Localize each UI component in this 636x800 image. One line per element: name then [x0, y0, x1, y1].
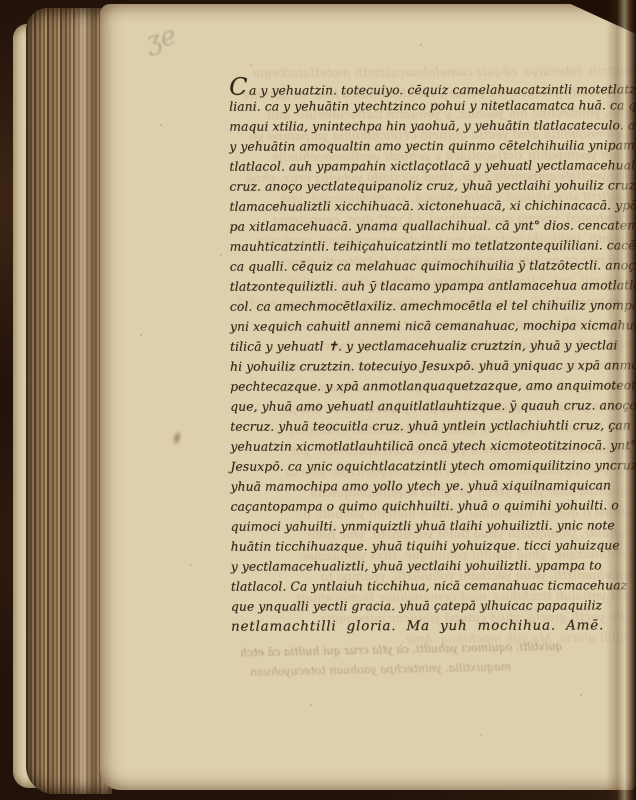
- folio-mark: ʒe: [142, 20, 179, 57]
- text-line: col. ca amechmocētlaxiliz. amechmocētla …: [230, 295, 636, 316]
- text-line: liani. ca y yehuātin ytechtzinco pohui y…: [229, 95, 635, 116]
- text-line: que ynqualli yectli gracia. yhuā çatepā …: [231, 595, 636, 616]
- text-line: netlamachtilli gloria. Ma yuh mochihua. …: [231, 615, 636, 636]
- text-line: tecruz. yhuā teocuitla cruz. yhuā yntlei…: [230, 415, 636, 436]
- text-line: cruz. anoço yectlatequipanoliz cruz, yhu…: [229, 175, 635, 196]
- text-line: hi yohuiliz cruztzin. totecuiyo Jesuxpō.…: [230, 355, 636, 376]
- text-line: tlatlacol. auh ypampahin xictlaçotlacā y…: [229, 155, 635, 176]
- showthrough-line: quixtilti. oquimoci yahuilti. ca ytla cr…: [240, 639, 563, 662]
- text-line: mauhticatzintli. teihiçahuicatzintli mo …: [230, 235, 636, 256]
- text-line: tlatzontequiliztli. auh ȳ tlacamo ypampa…: [230, 275, 636, 296]
- text-line: tilicā y yehuatl ✝. y yectlamacehualiz c…: [230, 335, 636, 356]
- text-line: tlamacehualiztli xicchihuacā. xictonehua…: [229, 195, 635, 216]
- text-line: maqui xtilia, ynintechpa hin yaohuā, y y…: [229, 115, 635, 136]
- manuscript-photo: ʒe Ca y yehuatzin. totecuiyo. cēquiz cam…: [0, 0, 636, 800]
- showthrough-line: maquixtilia. ynintechpa yaohuan totecuyo…: [250, 659, 511, 680]
- text-line: que, yhuā amo yehuatl anquitlatlauhtizqu…: [230, 395, 636, 416]
- text-line: pechtecazque. y xpā anmotlanquaquetzazqu…: [230, 375, 636, 396]
- text-line: caçantopampa o quimo quichhuilti. yhuā o…: [230, 495, 636, 516]
- text-line: ca qualli. cēquiz ca melahuac quimochihu…: [230, 255, 636, 276]
- text-line: quimoci yahuilti. ynmiquiztli yhuā tlaih…: [231, 515, 636, 536]
- text-line: yni xequich cahuitl annemi nicā cemanahu…: [230, 315, 636, 336]
- text-line: Ca y yehuatzin. totecuiyo. cēquiz camela…: [229, 75, 635, 96]
- text-line: yhuā mamochipa amo yollo ytech ye. yhuā …: [230, 475, 636, 496]
- text-line: Jesuxpō. ca ynic oquichtlacatzintli ytec…: [230, 455, 636, 476]
- text-line: tlatlacol. Ca yntlaiuh ticchihua, nicā c…: [231, 575, 636, 596]
- text-line: huātin ticchihuazque. yhuā tiquihi yohui…: [231, 535, 636, 556]
- manuscript-page: ʒe Ca y yehuatzin. totecuiyo. cēquiz cam…: [100, 4, 636, 790]
- text-line: y yehuātin amoqualtin amo yectin quinmo …: [229, 135, 635, 156]
- ink-blot: [170, 429, 184, 447]
- text-line: pa xitlamacehuacā. ynama quallachihual. …: [230, 215, 636, 236]
- text-line: y yectlamacehualiztli, yhuā yectlaihi yo…: [231, 555, 636, 576]
- text-line: yehuatzin xicmotlatlauhtilicā oncā ytech…: [230, 435, 636, 456]
- manuscript-text: Ca y yehuatzin. totecuiyo. cēquiz camela…: [229, 75, 636, 636]
